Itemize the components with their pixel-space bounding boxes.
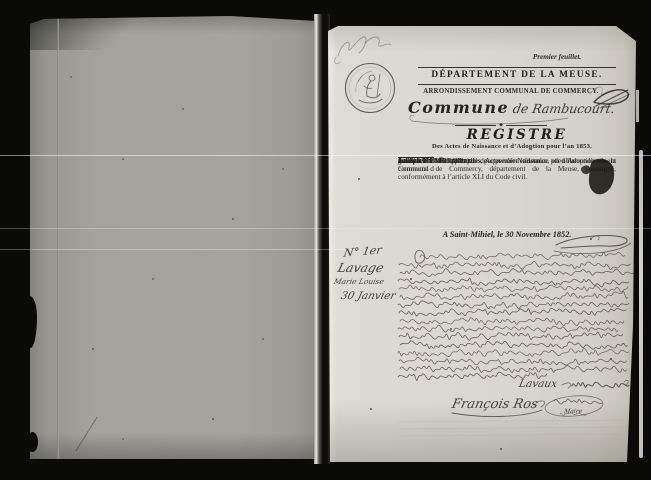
arrondissement-heading: ARRONDISSEMENT COMMUNAL DE COMMERCY. bbox=[408, 88, 614, 95]
header-rule bbox=[418, 84, 616, 85]
divider-line bbox=[506, 125, 547, 126]
margin-act-number: N° 1er bbox=[343, 243, 383, 259]
edge-blot bbox=[27, 432, 38, 452]
commune-printed-label: Commune bbox=[408, 98, 509, 117]
signature-francois-ros: François Ros bbox=[450, 397, 539, 412]
film-scratch-line bbox=[0, 155, 651, 156]
commune-line: Commune de Rambucourt. bbox=[408, 98, 628, 118]
film-scratch-line bbox=[0, 228, 651, 229]
divider-line bbox=[455, 125, 496, 126]
declaration-text: , Président du tribunal de première inst… bbox=[398, 157, 616, 180]
archival-scan: Premier feuillet. DÉPARTEMENT DE LA MEUS… bbox=[0, 0, 651, 480]
dateline: A Saint-Mihiel, le 30 Novembre 1852. bbox=[398, 230, 616, 239]
commune-handwritten-value: de Rambucourt. bbox=[512, 101, 617, 116]
page-edge-sliver bbox=[636, 90, 639, 122]
book-gutter bbox=[314, 14, 330, 464]
margin-given-names: Marie Louise bbox=[333, 277, 385, 286]
paper-speckles bbox=[30, 16, 32, 18]
page-edge-sliver bbox=[639, 150, 643, 458]
page-crease bbox=[57, 16, 59, 459]
folio-note: Premier feuillet. bbox=[498, 53, 616, 61]
corner-shadow bbox=[30, 16, 180, 50]
left-blank-page bbox=[30, 16, 316, 459]
signature-lavaux: Lavaux bbox=[518, 378, 559, 390]
mayor-caption: Maire bbox=[563, 408, 583, 415]
margin-act-date: 30 Janvier bbox=[340, 290, 397, 302]
header-rule bbox=[418, 67, 616, 68]
film-scratch-line bbox=[0, 249, 345, 250]
department-heading: DÉPARTEMENT DE LA MEUSE. bbox=[418, 70, 616, 80]
register-title: REGISTRE bbox=[418, 127, 616, 143]
paper-crack bbox=[75, 417, 97, 451]
register-subtitle: Des Actes de Naissance et d’Adoption pou… bbox=[406, 143, 618, 150]
margin-surname: Lavage bbox=[336, 260, 385, 275]
register-title-page: Premier feuillet. DÉPARTEMENT DE LA MEUS… bbox=[328, 26, 636, 462]
